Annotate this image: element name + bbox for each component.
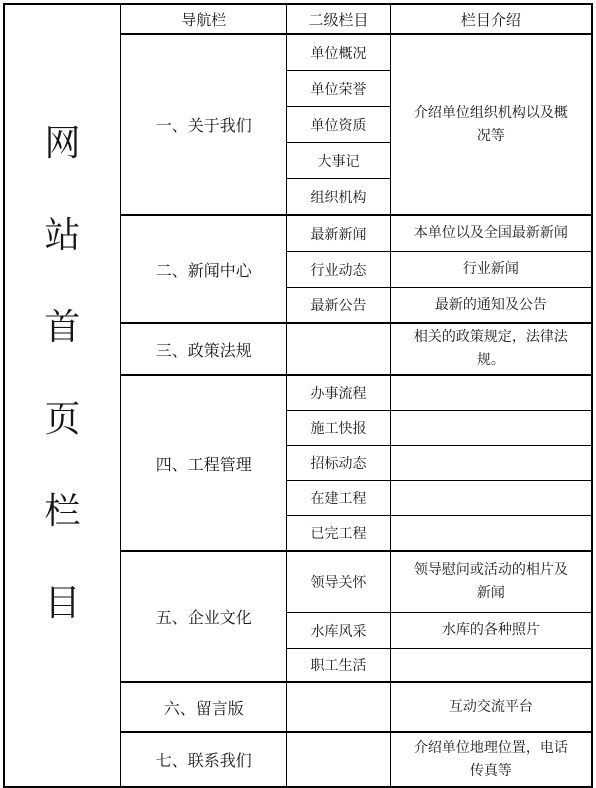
sub-cell: 组织机构 (287, 179, 390, 216)
nav-cell-about: 一、关于我们 (121, 34, 287, 215)
sub-cell: 领导关怀 (287, 551, 390, 613)
sub-cell (287, 732, 390, 787)
intro-cell: 领导慰问或活动的相片及新闻 (390, 551, 592, 613)
intro-cell (390, 516, 592, 552)
table-header-row: 网 站 首 页 栏 目 导航栏 二级栏目 栏目介绍 (4, 4, 592, 34)
sub-cell: 在建工程 (287, 481, 390, 516)
sub-cell: 职工生活 (287, 649, 390, 683)
title-char: 栏 (45, 493, 81, 529)
sub-cell: 最新新闻 (287, 215, 390, 252)
title-char: 站 (45, 217, 81, 253)
sub-cell: 招标动态 (287, 446, 390, 481)
sub-cell: 最新公告 (287, 288, 390, 324)
intro-cell: 介绍单位地理位置，电话传真等 (390, 732, 592, 787)
sub-cell: 单位概况 (287, 34, 390, 71)
title-char: 首 (45, 309, 81, 345)
site-structure-table: 网 站 首 页 栏 目 导航栏 二级栏目 栏目介绍 一、关于我们 单位概况 介绍… (3, 3, 593, 788)
nav-cell-news: 二、新闻中心 (121, 215, 287, 323)
title-char: 目 (45, 585, 81, 621)
intro-cell: 行业新闻 (390, 252, 592, 288)
nav-cell-guestbook: 六、留言版 (121, 682, 287, 732)
intro-cell: 互动交流平台 (390, 682, 592, 732)
col-header-sub: 二级栏目 (287, 4, 390, 34)
sub-cell: 已完工程 (287, 516, 390, 552)
vertical-title-chars: 网 站 首 页 栏 目 (5, 5, 120, 786)
nav-cell-projects: 四、工程管理 (121, 375, 287, 551)
title-char: 网 (45, 125, 81, 161)
intro-cell (390, 481, 592, 516)
intro-cell (390, 375, 592, 411)
intro-cell (390, 649, 592, 683)
intro-cell: 本单位以及全国最新新闻 (390, 215, 592, 252)
intro-cell: 最新的通知及公告 (390, 288, 592, 324)
intro-cell (390, 446, 592, 481)
sub-cell: 行业动态 (287, 252, 390, 288)
sub-cell: 单位资质 (287, 107, 390, 143)
title-char: 页 (45, 401, 81, 437)
sub-cell: 单位荣誉 (287, 71, 390, 107)
sub-cell: 办事流程 (287, 375, 390, 411)
sub-cell (287, 323, 390, 375)
col-header-nav: 导航栏 (121, 4, 287, 34)
nav-cell-policy: 三、政策法规 (121, 323, 287, 375)
sub-cell: 大事记 (287, 143, 390, 179)
intro-cell: 水库的各种照片 (390, 613, 592, 649)
document-page: 网 站 首 页 栏 目 导航栏 二级栏目 栏目介绍 一、关于我们 单位概况 介绍… (0, 0, 596, 764)
nav-cell-contact: 七、联系我们 (121, 732, 287, 787)
nav-cell-culture: 五、企业文化 (121, 551, 287, 682)
sub-cell: 水库风采 (287, 613, 390, 649)
col-header-intro: 栏目介绍 (390, 4, 592, 34)
intro-cell (390, 411, 592, 446)
sub-cell (287, 682, 390, 732)
vertical-page-title: 网 站 首 页 栏 目 (4, 4, 121, 787)
intro-cell: 介绍单位组织机构以及概况等 (390, 34, 592, 215)
intro-cell: 相关的政策规定，法律法规。 (390, 323, 592, 375)
sub-cell: 施工快报 (287, 411, 390, 446)
